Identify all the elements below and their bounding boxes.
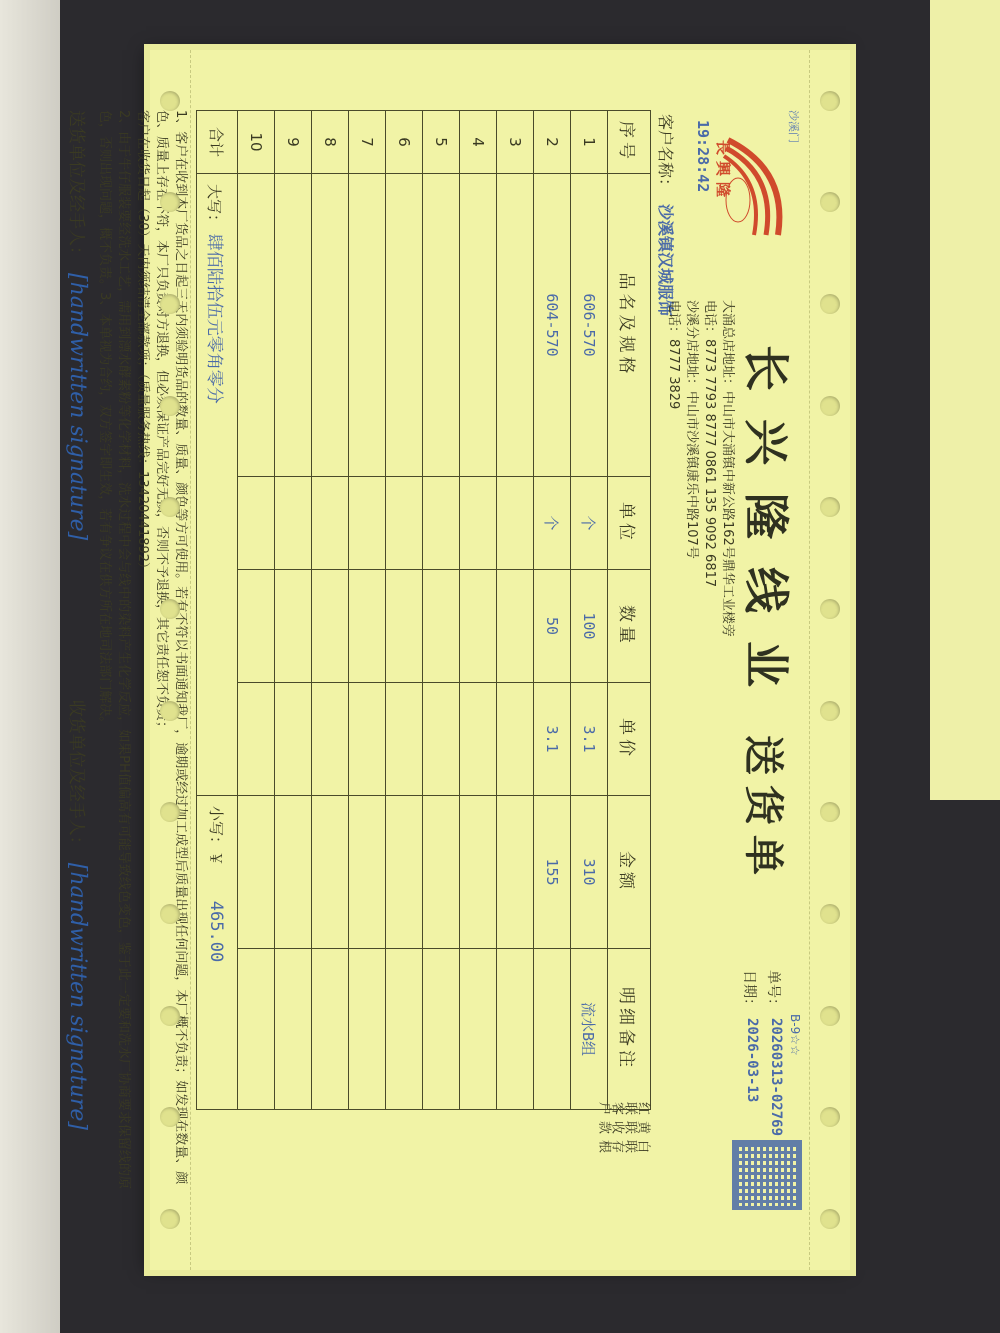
note-header: 沙溪门 長興隆 19:28:42 长兴隆线业送货单 大涌总店地址：中山市大涌镇中… (682, 110, 802, 1210)
copy-labels: 白联存根 黄联收款 红联客户 (196, 1110, 651, 1154)
totals-row: 合计 大写： 肆佰陆拾伍元零角零分 小写：￥ 465.00 (197, 111, 238, 1110)
table-row: 8 (312, 111, 349, 1110)
table-header: 序号 品名及规格 单位 数量 单价 金额 明细备注 (608, 111, 651, 1110)
company-logo: 沙溪门 長興隆 19:28:42 (692, 110, 802, 260)
table-row: 6 (386, 111, 423, 1110)
table-row: 5 (423, 111, 460, 1110)
table-row: 9 (275, 111, 312, 1110)
order-meta: B-9☆☆ 单号：20260313-02769 日期：2026-03-13 (740, 970, 802, 1210)
table-row: 2604-570个503.1155 (534, 111, 571, 1110)
table-row: 7 (349, 111, 386, 1110)
sender-signature: [handwritten signature] (65, 273, 90, 540)
company-title: 长兴隆线业送货单 (736, 260, 802, 970)
background-paper-stack (0, 0, 60, 1333)
table-row: 10 (238, 111, 275, 1110)
items-table: 序号 品名及规格 单位 数量 单价 金额 明细备注 1606-570个1003.… (196, 110, 651, 1110)
print-time: 19:28:42 (694, 120, 712, 192)
branch-phone: 电话：8777 3829 (664, 300, 682, 970)
total-in-figures: 小写：￥ 465.00 (197, 796, 238, 1110)
hq-phone: 电话：8773 7793 8777 0861 135 9092 6817 (700, 300, 718, 970)
table-row: 1606-570个1003.1310流水B组 (571, 111, 608, 1110)
branch-address: 沙溪分店地址：中山市沙溪镇康乐中路107号 (682, 300, 700, 970)
background-other-note (930, 0, 1000, 800)
qr-code-icon (732, 1140, 802, 1210)
table-row: 4 (460, 111, 497, 1110)
signature-line: 送货单位及经手人：[handwritten signature] 收货单位及经手… (65, 110, 91, 1210)
tractor-feed-holes (809, 50, 850, 1270)
table-row: 3 (497, 111, 534, 1110)
hq-address: 大涌总店地址：中山市大涌镇中新公路162号鼎华工业楼旁 (718, 300, 736, 970)
document-type: 送货单 (740, 735, 787, 885)
receiver-signature: [handwritten signature] (65, 863, 90, 1130)
tractor-feed-holes (150, 50, 191, 1270)
total-in-words: 大写： 肆佰陆拾伍元零角零分 (197, 174, 238, 796)
delivery-note: 沙溪门 長興隆 19:28:42 长兴隆线业送货单 大涌总店地址：中山市大涌镇中… (150, 50, 850, 1270)
